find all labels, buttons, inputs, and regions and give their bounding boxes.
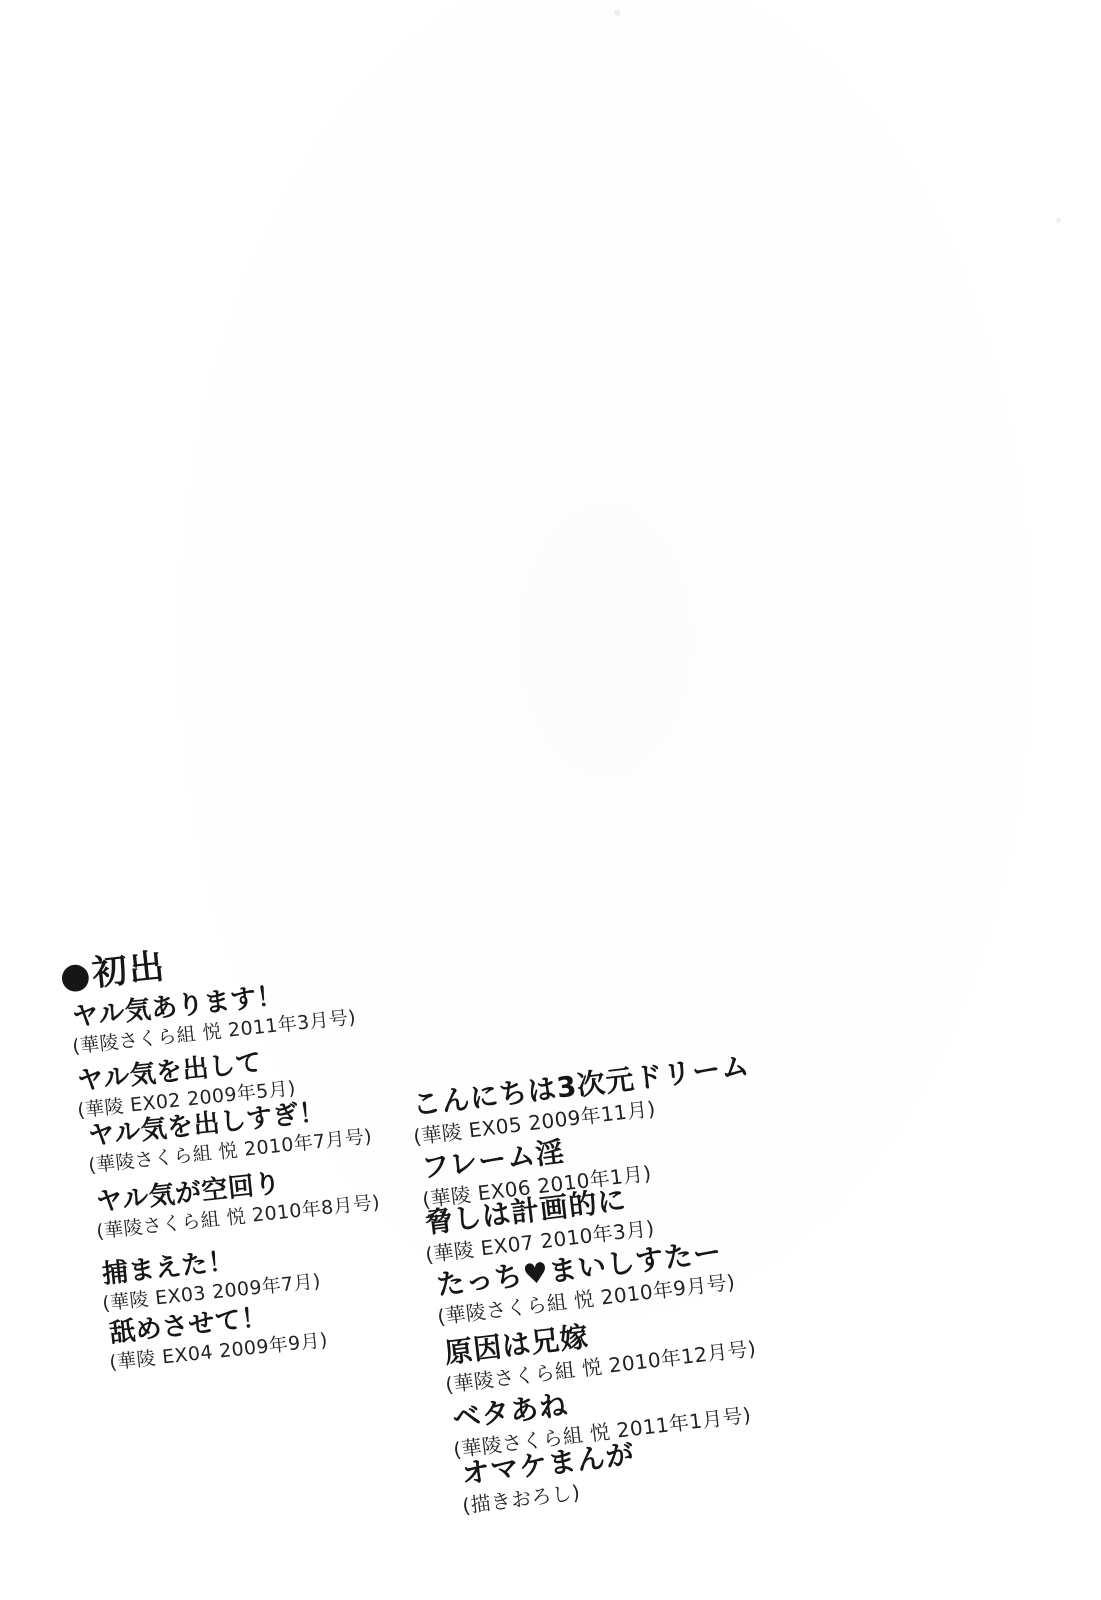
section-header: ●初出: [57, 939, 168, 1000]
scan-speck: [592, 1200, 596, 1204]
scan-speck: [1056, 218, 1061, 223]
scanned-page: ●初出 ヤル気あります！ (華陵さくら組 悦 2011年3月号) ヤル気を出して…: [0, 0, 1101, 1600]
work-entry: ヤル気が空回り (華陵さくら組 悦 2010年8月号): [95, 1160, 381, 1243]
work-entry: こんにちは3次元ドリーム (華陵 EX05 2009年11月): [411, 1051, 755, 1148]
scan-speck: [614, 10, 621, 16]
